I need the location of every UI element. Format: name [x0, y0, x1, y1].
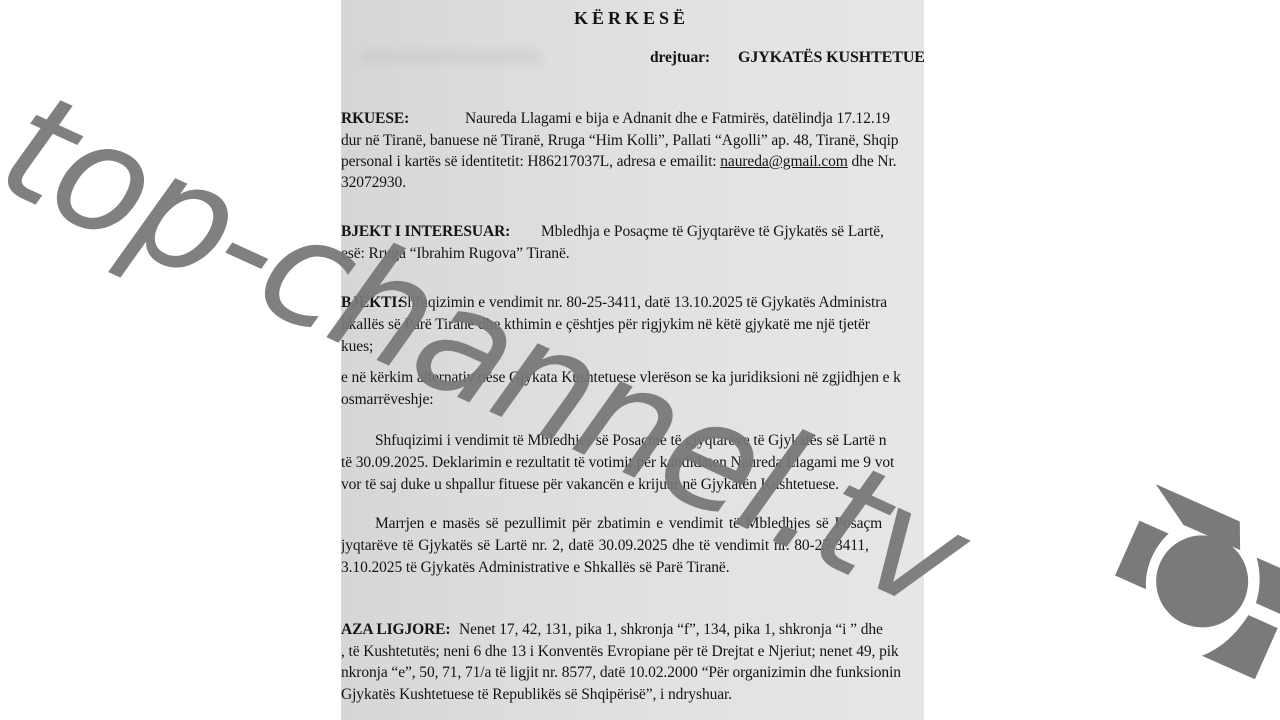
- alternative-line-1: e në kërkim alternativ nëse Gjykata Kush…: [341, 368, 901, 388]
- subject-label: BJEKTI:: [341, 293, 402, 313]
- petitioner-label: RKUESE:: [341, 109, 409, 129]
- subject-line-3: kues;: [341, 337, 373, 357]
- screen: KËRKESË drejtuar: GJYKATËS KUSHTETUE RKU…: [0, 0, 1280, 720]
- subject-line-1: Shfuqizimin e vendimit nr. 80-25-3411, d…: [399, 293, 887, 313]
- interested-party-line-1: Mbledhja e Posaçme të Gjyqtarëve të Gjyk…: [541, 222, 884, 242]
- legal-basis-label: AZA LIGJORE:: [341, 620, 450, 640]
- petitioner-line-4: 32072930.: [341, 173, 406, 193]
- legal-basis-line-2: , të Kushtetutës; neni 6 dhe 13 i Konven…: [341, 642, 899, 662]
- petitioner-email-link[interactable]: naureda@gmail.com: [720, 153, 848, 170]
- legal-basis-line-4: Gjykatës Kushtetuese të Republikës së Sh…: [341, 685, 732, 705]
- request-1-line-1: Shfuqizimi i vendimit të Mbledhjes së Po…: [375, 431, 886, 451]
- legal-basis-line-3: nkronja “e”, 50, 71, 71/a të ligjit nr. …: [341, 663, 901, 683]
- petitioner-line-2: dur në Tiranë, banuese në Tiranë, Rruga …: [341, 131, 898, 151]
- request-2-line-1: Marrjen e masës së pezullimit për zbatim…: [375, 514, 882, 534]
- request-2-line-2: jyqtarëve të Gjykatës së Lartë nr. 2, da…: [341, 536, 869, 556]
- document-photo: KËRKESË drejtuar: GJYKATËS KUSHTETUE RKU…: [341, 0, 924, 720]
- petitioner-id-text: personal i kartës së identitetit: H86217…: [341, 153, 720, 170]
- request-2-line-3: 3.10.2025 të Gjykatës Administrative e S…: [341, 558, 729, 578]
- legal-basis-line-1: Nenet 17, 42, 131, pika 1, shkronja “f”,…: [459, 620, 883, 640]
- subject-line-2: hkallës së Parë Tiranë dhe kthimin e çës…: [341, 315, 870, 335]
- bleed-through-text: [361, 50, 541, 64]
- camera-logo-icon: [1088, 461, 1280, 690]
- request-1-line-3: vor të saj duke u shpallur fituese për v…: [341, 475, 839, 495]
- addressed-to: GJYKATËS KUSHTETUE: [738, 48, 924, 68]
- alternative-line-2: osmarrëveshje:: [341, 390, 433, 410]
- document-title: KËRKESË: [574, 8, 689, 29]
- petitioner-line-3: personal i kartës së identitetit: H86217…: [341, 152, 897, 172]
- interested-party-label: BJEKT I INTERESUAR:: [341, 222, 510, 242]
- interested-party-line-2: esë: Rruga “Ibrahim Rugova” Tiranë.: [341, 244, 570, 264]
- request-1-line-2: të 30.09.2025. Deklarimin e rezultatit t…: [341, 453, 894, 473]
- petitioner-line-1: Naureda Llagami e bija e Adnanit dhe e F…: [465, 109, 890, 129]
- petitioner-phone-label: dhe Nr.: [848, 153, 897, 170]
- addressed-label: drejtuar:: [650, 48, 710, 68]
